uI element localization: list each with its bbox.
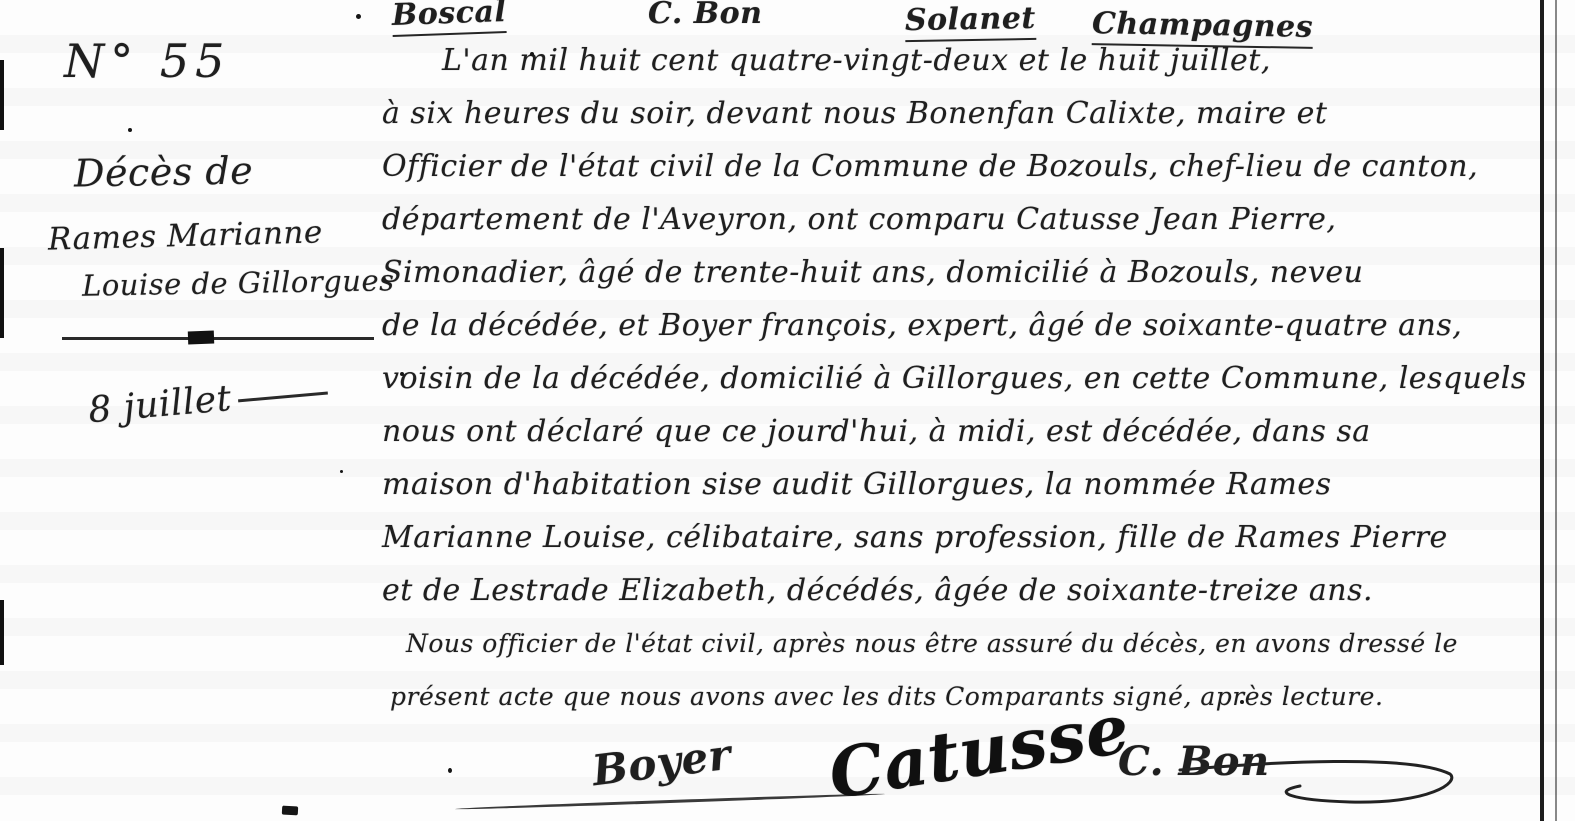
act-line: maison d'habitation sise audit Gillorgue… [382, 458, 1512, 511]
act-line: Simonadier, âgé de trente-huit ans, domi… [382, 246, 1512, 299]
act-line: Officier de l'état civil de la Commune d… [382, 140, 1512, 193]
act-line: Nous officier de l'état civil, après nou… [382, 617, 1512, 670]
page-border-line [1540, 0, 1544, 821]
act-line: présent acte que nous avons avec les dit… [382, 670, 1512, 723]
margin-date-note: 8 juillet [87, 370, 329, 432]
act-number: N° 55 [64, 34, 230, 88]
act-body-text: L'an mil huit cent quatre-vingt-deux et … [382, 34, 1512, 723]
margin-title-deces-de: Décès de [74, 148, 254, 195]
previous-act-signature-2: C. Bon [648, 0, 762, 31]
ink-blot [188, 331, 214, 345]
page-border-line-thin [1555, 0, 1557, 821]
ink-speck [530, 52, 534, 56]
ink-speck [282, 806, 298, 816]
signature-boyer-flourish [455, 792, 885, 810]
signature-mayor-flourish [1150, 752, 1460, 812]
act-line: département de l'Aveyron, ont comparu Ca… [382, 193, 1512, 246]
margin-date-flourish [237, 391, 327, 402]
scan-edge-mark [0, 600, 4, 665]
margin-title-deceased-name-2: Louise de Gillorgues [82, 263, 395, 302]
act-line: et de Lestrade Elizabeth, décédés, âgée … [382, 564, 1512, 617]
act-line: à six heures du soir, devant nous Bonenf… [382, 87, 1512, 140]
act-line: Marianne Louise, célibataire, sans profe… [382, 511, 1512, 564]
death-record-scan: Boscal C. Bon Solanet Champagnes N° 55 D… [0, 0, 1575, 821]
previous-act-signature-1: Boscal [391, 0, 507, 37]
scan-edge-mark [0, 248, 4, 338]
signature-boyer: Boyer [590, 730, 734, 796]
margin-date-text: 8 juillet [87, 378, 234, 431]
ink-speck [1240, 700, 1244, 704]
act-line: voisin de la décédée, domicilié à Gillor… [382, 352, 1512, 405]
scan-edge-mark [0, 60, 4, 130]
act-line: de la décédée, et Boyer françois, expert… [382, 299, 1512, 352]
margin-separator-rule [62, 337, 374, 340]
margin-title-deceased-name: Rames Marianne [48, 214, 324, 257]
act-line: nous ont déclaré que ce jourd'hui, à mid… [382, 405, 1512, 458]
act-line: L'an mil huit cent quatre-vingt-deux et … [382, 34, 1512, 87]
ink-speck [356, 14, 361, 19]
ink-speck [128, 128, 132, 132]
ink-speck [400, 372, 404, 376]
ink-speck [340, 470, 343, 473]
ink-speck [448, 768, 452, 773]
